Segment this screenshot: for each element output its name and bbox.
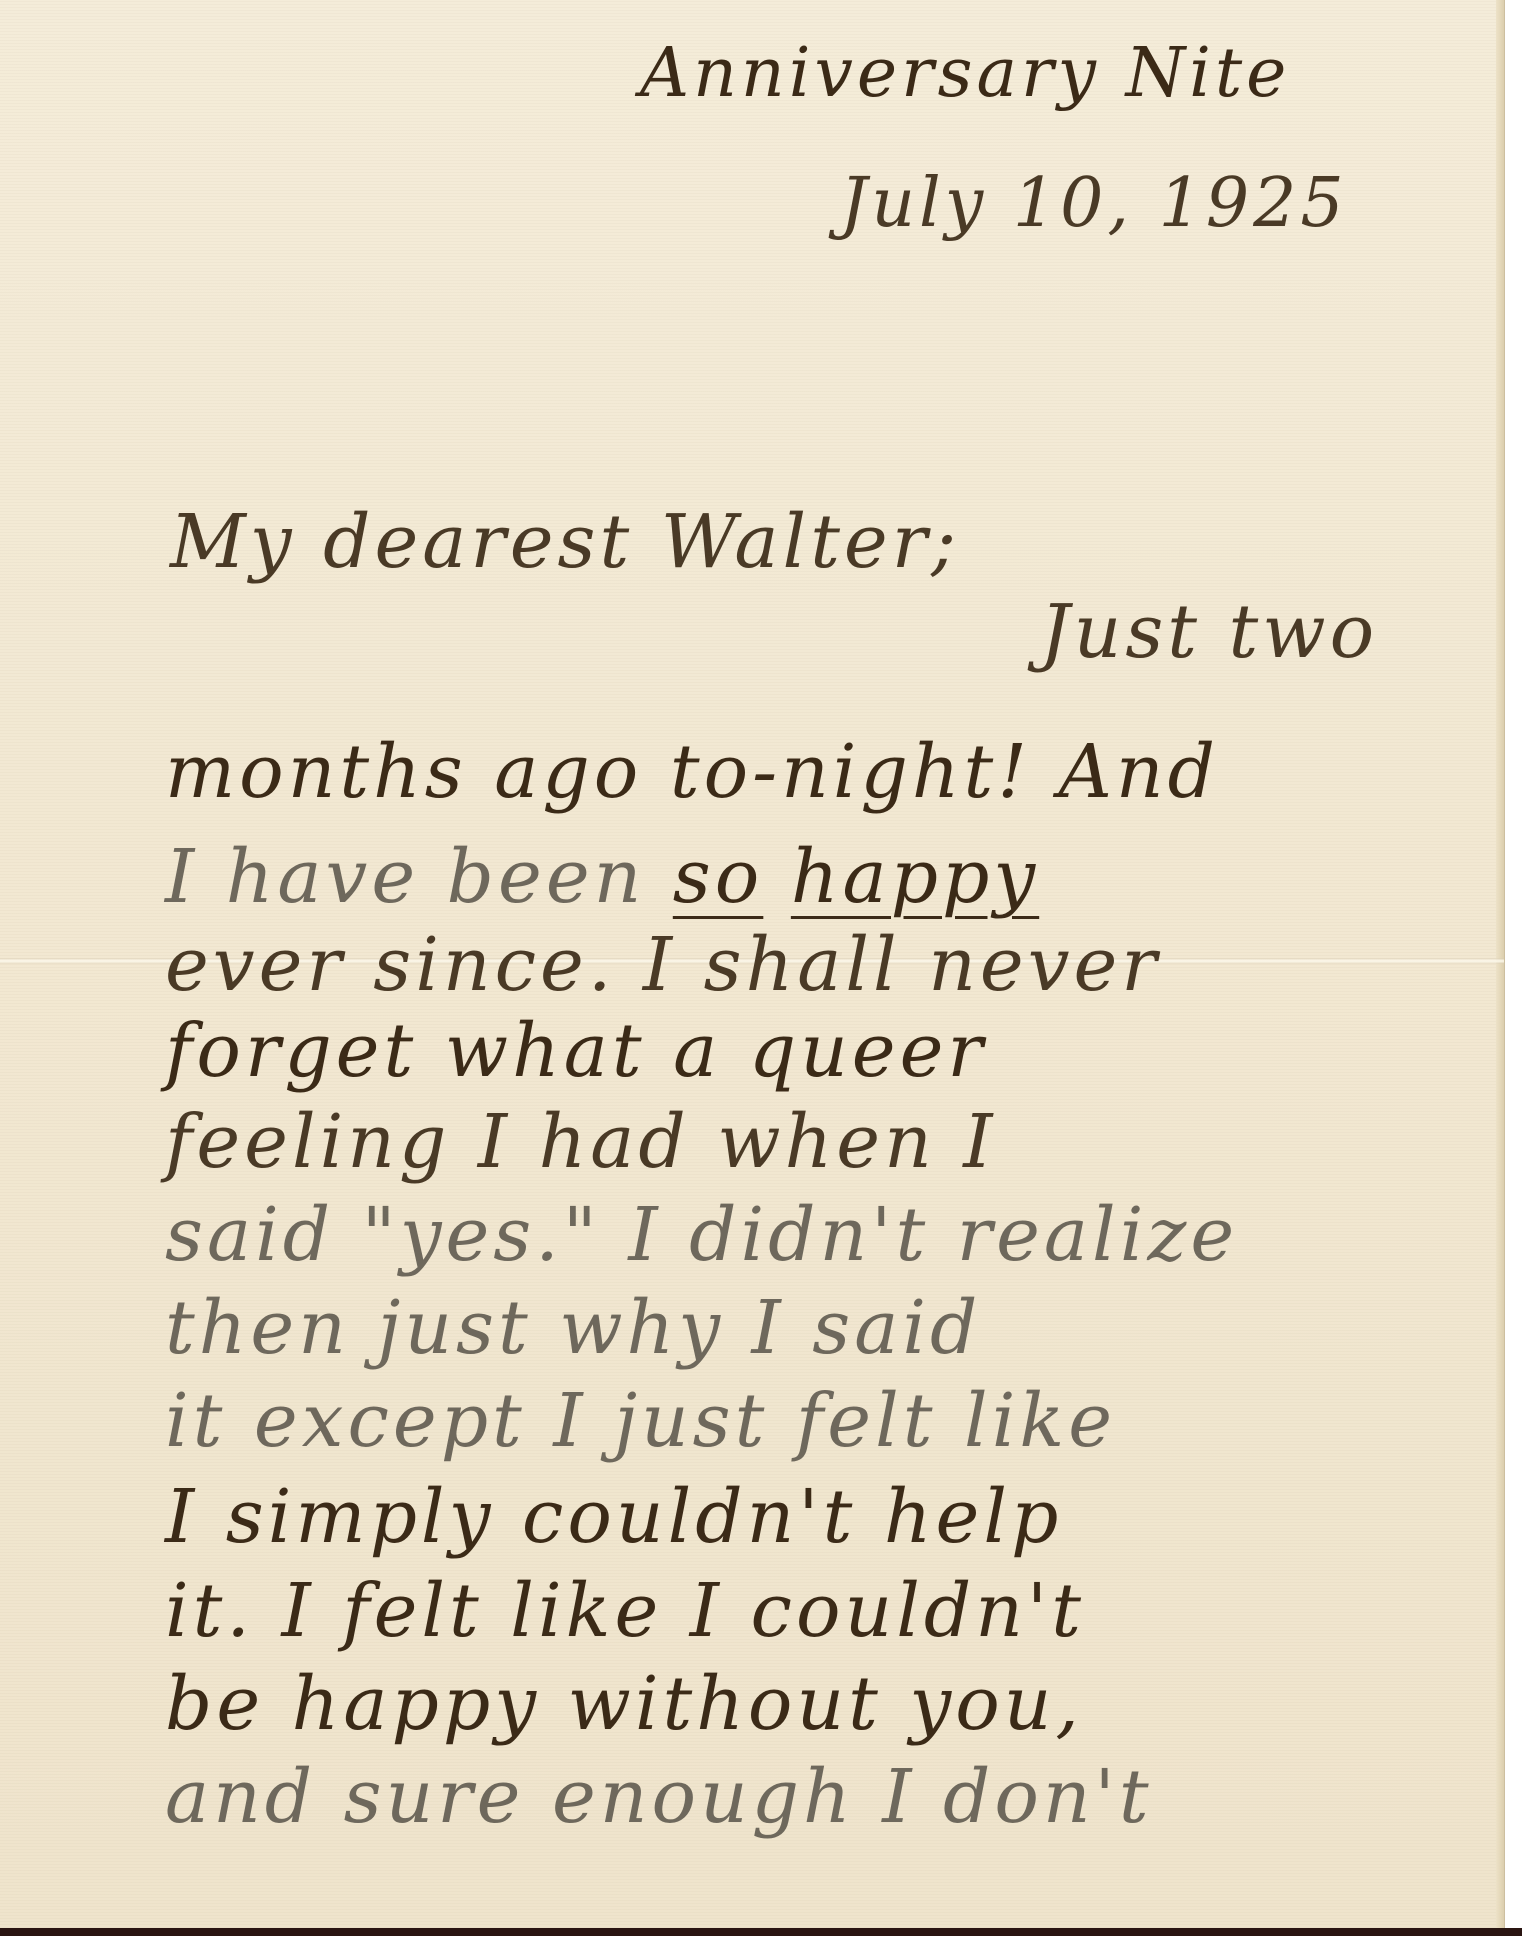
body-line-13: and sure enough I don't	[165, 1760, 1153, 1834]
underlined-word-happy: happy	[791, 834, 1039, 920]
body-line-9: it except I just felt like	[165, 1384, 1116, 1458]
underlined-word-so: so	[673, 834, 764, 920]
body-line-3: I have been so happy	[165, 840, 1039, 914]
body-line-11: it. I felt like I couldn't	[165, 1574, 1085, 1648]
space	[763, 834, 791, 920]
body-line-6: feeling I had when I	[165, 1105, 997, 1179]
body-line-1: Just two	[1040, 595, 1378, 669]
salutation: My dearest Walter;	[170, 505, 960, 579]
body-line-12: be happy without you,	[165, 1667, 1083, 1741]
body-line-5: forget what a queer	[165, 1014, 987, 1088]
letter-date: July 10, 1925	[840, 170, 1348, 238]
paper-edge	[1496, 0, 1504, 1928]
body-line-10: I simply couldn't help	[165, 1480, 1062, 1554]
scan-border	[0, 1928, 1522, 1936]
letter-occasion: Anniversary Nite	[640, 40, 1290, 108]
body-line-4: ever since. I shall never	[165, 928, 1161, 1002]
body-line-3-prefix: I have been	[165, 834, 673, 920]
body-line-8: then just why I said	[165, 1291, 981, 1365]
body-line-2: months ago to-night! And	[165, 735, 1219, 809]
body-line-7: said "yes." I didn't realize	[165, 1198, 1238, 1272]
